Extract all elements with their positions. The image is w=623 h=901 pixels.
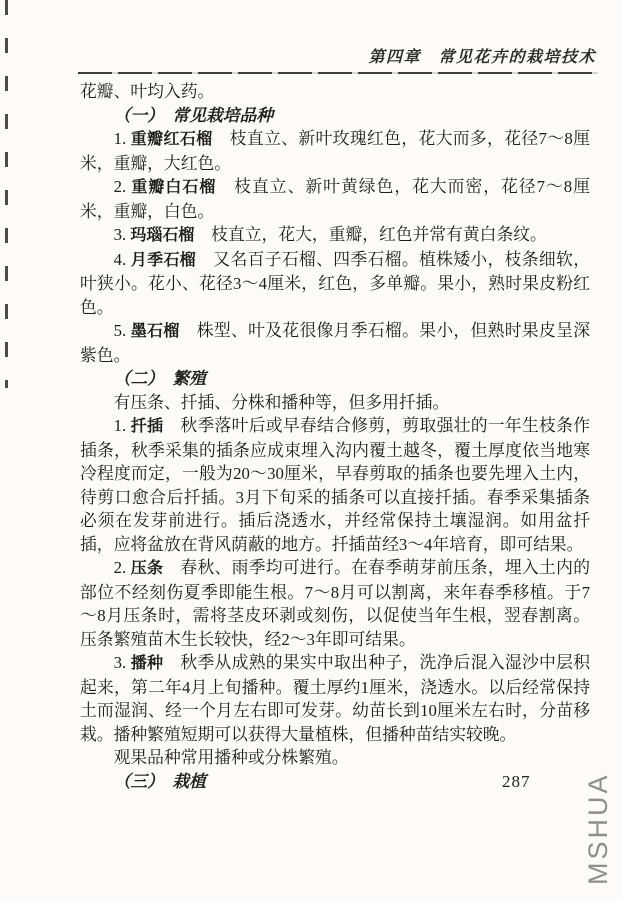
book-page: 第四章 常见花卉的栽培技术 花瓣、叶均入药。 （一） 常见栽培品种 1. 重瓣红… xyxy=(0,0,623,901)
variety-name: 月季石榴 xyxy=(131,252,196,269)
paragraph-propagation-intro: 有压条、扦插、分株和播种等，但多用扦插。 xyxy=(80,391,590,415)
paragraph-seeding: 3. 播种 秋季从成熟的果实中取出种子，洗净后混入湿沙中层积起来，第二年4月上旬… xyxy=(80,651,590,746)
paragraph-variety-3: 3. 玛瑙石榴 枝直立，花大，重瓣，红色并常有黄白条纹。 xyxy=(80,223,590,248)
paragraph-variety-1: 1. 重瓣红石榴 枝直立、新叶玫瑰红色，花大而多，花径7～8厘米，重瓣，大红色。 xyxy=(80,127,590,175)
paragraph-variety-2: 2. 重瓣白石榴 枝直立、新叶黄绿色，花大而密，花径7～8厘米，重瓣，白色。 xyxy=(80,175,590,223)
section-heading-varieties: （一） 常见栽培品种 xyxy=(80,104,590,128)
item-text: 秋季落叶后或早春结合修剪，剪取强壮的一年生枝条作插条，秋季采集的插条应成束埋入沟… xyxy=(80,416,590,554)
paragraph-continuation: 花瓣、叶均入药。 xyxy=(80,80,590,104)
item-number: 2. xyxy=(114,177,132,196)
paragraph-variety-5: 5. 墨石榴 株型、叶及花很像月季石榴。果小，但熟时果皮呈深紫色。 xyxy=(80,319,590,367)
page-body: 花瓣、叶均入药。 （一） 常见栽培品种 1. 重瓣红石榴 枝直立、新叶玫瑰红色，… xyxy=(80,80,590,793)
section-heading-propagation: （二） 繁殖 xyxy=(80,367,590,391)
variety-name: 墨石榴 xyxy=(131,323,180,340)
paragraph-cutting: 1. 扦插 秋季落叶后或早春结合修剪，剪取强壮的一年生枝条作插条，秋季采集的插条… xyxy=(80,414,590,556)
item-number: 1. xyxy=(114,416,131,435)
paragraph-text: 观果品种常用播种或分株繁殖。 xyxy=(114,748,349,767)
paragraph-layering: 2. 压条 春秋、雨季均可进行。在春季萌芽前压条，埋入土内的部位不经刻伤夏季即能… xyxy=(80,556,590,651)
item-number: 2. xyxy=(114,558,131,577)
variety-name: 重瓣红石榴 xyxy=(131,131,213,148)
item-number: 4. xyxy=(114,250,131,269)
paragraph-fruit-varieties: 观果品种常用播种或分株繁殖。 xyxy=(80,746,590,770)
section-heading-text: （二） 繁殖 xyxy=(114,369,206,388)
header-rule xyxy=(78,72,598,74)
item-number: 3. xyxy=(114,225,131,244)
item-number: 1. xyxy=(114,129,131,148)
item-number: 3. xyxy=(114,653,131,672)
variety-name: 重瓣白石榴 xyxy=(131,179,216,196)
item-text: 枝直立，花大，重瓣，红色并常有黄白条纹。 xyxy=(194,225,546,244)
scan-edge-artifact xyxy=(5,0,8,388)
paragraph-variety-4: 4. 月季石榴 又名百子石榴、四季石榴。植株矮小，枝条细软，叶狭小。花小、花径3… xyxy=(80,248,590,320)
method-name: 播种 xyxy=(131,655,164,672)
running-header: 第四章 常见花卉的栽培技术 xyxy=(368,44,596,67)
paragraph-text: 有压条、扦插、分株和播种等，但多用扦插。 xyxy=(114,393,450,412)
page-number: 287 xyxy=(502,772,531,792)
method-name: 扦插 xyxy=(131,418,164,435)
paragraph-text: 花瓣、叶均入药。 xyxy=(80,82,214,101)
method-name: 压条 xyxy=(131,560,164,577)
section-heading-text: （三） 栽植 xyxy=(114,772,206,791)
variety-name: 玛瑙石榴 xyxy=(130,227,194,244)
watermark: MSHUA xyxy=(583,785,613,885)
section-heading-text: （一） 常见栽培品种 xyxy=(114,106,273,125)
item-number: 5. xyxy=(114,321,131,340)
